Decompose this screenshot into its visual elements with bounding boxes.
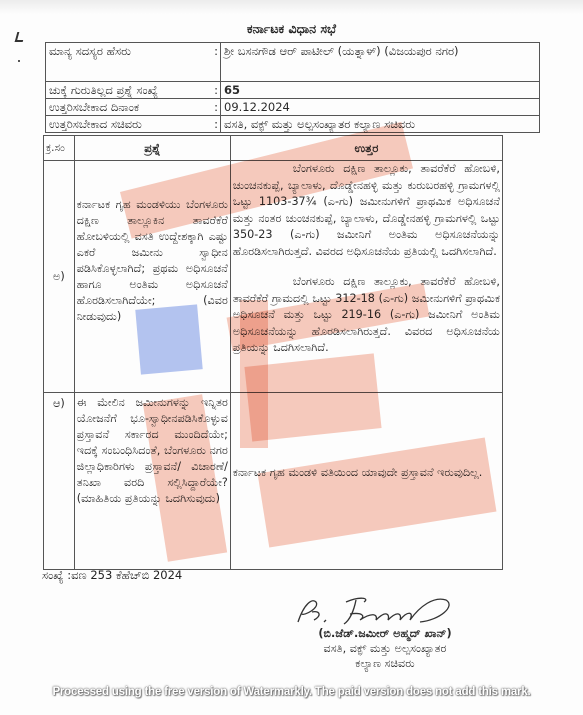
info-colon: : [212, 116, 221, 133]
document-page: ಕರ್ನಾಟಕ ವಿಧಾನ ಸಭೆ ಮಾನ್ಯ ಸದಸ್ಯರ ಹೆಸರು : ಶ… [0, 0, 583, 715]
reference-number: ಸಂಖ್ಯೆ :ವಣ 253 ಕೆಹೆಚ್‌ಬಿ 2024 [42, 568, 182, 583]
question-cell: ಕರ್ನಾಟಕ ಗೃಹ ಮಂಡಳಿಯು ಬೆಂಗಳೂರು ದಕ್ಷಿಣ ತಾಲ್… [74, 161, 230, 393]
info-label: ಚುಕ್ಕೆ ಗುರುತಿಲ್ಲದ ಪ್ರಶ್ನೆ ಸಂಖ್ಯೆ [46, 82, 213, 99]
info-row-answer-date: ಉತ್ತರಿಸಬೇಕಾದ ದಿನಾಂಕ : 09.12.2024 [46, 99, 540, 116]
info-value-member-name: ಶ್ರೀ ಬಸನಗೌಡ ಆರ್ ಪಾಟೀಲ್ (ಯತ್ನಾಳ್) (ವಿಜಯಪು… [221, 43, 540, 82]
qa-row: ಅ) ಕರ್ನಾಟಕ ಗೃಹ ಮಂಡಳಿಯು ಬೆಂಗಳೂರು ದಕ್ಷಿಣ ತ… [44, 161, 503, 393]
question-cell: ಈ ಮೇಲಿನ ಜಮೀನುಗಳನ್ನು ಇನ್ನಿತರ ಯೋಜನೆಗೆ ಭೂ-ಸ… [74, 393, 230, 570]
answer-cell: ಕರ್ನಾಟಕ ಗೃಹ ಮಂಡಳಿ ವತಿಯಿಂದ ಯಾವುದೇ ಪ್ರಸ್ತಾ… [230, 393, 502, 570]
info-label: ಮಾನ್ಯ ಸದಸ್ಯರ ಹೆಸರು [46, 43, 213, 82]
header-answer: ಉತ್ತರ [230, 136, 502, 161]
info-row-question-number: ಚುಕ್ಕೆ ಗುರುತಿಲ್ಲದ ಪ್ರಶ್ನೆ ಸಂಖ್ಯೆ : 65 [46, 82, 540, 99]
signatory-designation-line2: ಕಲ್ಯಾಣ ಸಚಿವರು [280, 656, 490, 671]
answer-paragraph: ಕರ್ನಾಟಕ ಗೃಹ ಮಂಡಳಿ ವತಿಯಿಂದ ಯಾವುದೇ ಪ್ರಸ್ತಾ… [233, 465, 500, 482]
info-label: ಉತ್ತರಿಸಬೇಕಾದ ದಿನಾಂಕ [46, 99, 213, 116]
scan-artifact-dot [18, 60, 20, 62]
info-value-question-number: 65 [221, 82, 540, 99]
signature-scribble [280, 598, 490, 626]
answer-cell: ಬೆಂಗಳೂರು ದಕ್ಷಿಣ ತಾಲ್ಲೂಕು, ತಾವರೆಕೆರೆ ಹೋಬಳ… [230, 161, 502, 393]
signatory-name: (ಬಿ.ಜೆಡ್.ಜಮೀರ್ ಅಹ್ಮದ್ ಖಾನ್) [280, 626, 490, 641]
question-text: ಕರ್ನಾಟಕ ಗೃಹ ಮಂಡಳಿಯು ಬೆಂಗಳೂರು ದಕ್ಷಿಣ ತಾಲ್… [77, 197, 228, 325]
qa-header-row: ಕ್ರ.ಸಂ ಪ್ರಶ್ನೆ ಉತ್ತರ [44, 136, 503, 161]
signature-block: (ಬಿ.ಜೆಡ್.ಜಮೀರ್ ಅಹ್ಮದ್ ಖಾನ್) ವಸತಿ, ವಕ್ಫ್ … [280, 598, 490, 671]
document-title: ಕರ್ನಾಟಕ ವಿಧಾನ ಸಭೆ [0, 21, 583, 37]
answer-paragraph: ಬೆಂಗಳೂರು ದಕ್ಷಿಣ ತಾಲ್ಲೂಕು, ತಾವರೆಕೆರೆ ಹೋಬಳ… [233, 274, 500, 357]
header-serial: ಕ್ರ.ಸಂ [44, 136, 75, 161]
info-label: ಉತ್ತರಿಸಬೇಕಾದ ಸಚಿವರು [46, 116, 213, 133]
scan-edge-shade [0, 0, 583, 14]
qa-row: ಆ) ಈ ಮೇಲಿನ ಜಮೀನುಗಳನ್ನು ಇನ್ನಿತರ ಯೋಜನೆಗೆ ಭ… [44, 393, 503, 570]
info-row-member-name: ಮಾನ್ಯ ಸದಸ್ಯರ ಹೆಸರು : ಶ್ರೀ ಬಸನಗೌಡ ಆರ್ ಪಾಟ… [46, 43, 540, 82]
info-value-minister: ವಸತಿ, ವಕ್ಫ್ ಮತ್ತು ಅಲ್ಪಸಂಖ್ಯಾತರ ಕಲ್ಯಾಣ ಸಚ… [221, 116, 540, 133]
info-row-minister: ಉತ್ತರಿಸಬೇಕಾದ ಸಚಿವರು : ವಸತಿ, ವಕ್ಫ್ ಮತ್ತು … [46, 116, 540, 133]
row-serial: ಅ) [44, 161, 75, 393]
info-colon: : [212, 43, 221, 82]
watermark-text: Processed using the free version of Wate… [0, 686, 583, 698]
member-info-table: ಮಾನ್ಯ ಸದಸ್ಯರ ಹೆಸರು : ಶ್ರೀ ಬಸನಗೌಡ ಆರ್ ಪಾಟ… [45, 42, 540, 133]
row-serial: ಆ) [44, 393, 75, 570]
signatory-designation-line1: ವಸತಿ, ವಕ್ಫ್ ಮತ್ತು ಅಲ್ಪಸಂಖ್ಯಾತರ [280, 641, 490, 656]
header-question: ಪ್ರಶ್ನೆ [74, 136, 230, 161]
answer-paragraph: ಬೆಂಗಳೂರು ದಕ್ಷಿಣ ತಾಲ್ಲೂಕು, ತಾವರೆಕೆರೆ ಹೋಬಳ… [233, 161, 500, 260]
info-colon: : [212, 99, 221, 116]
info-value-answer-date: 09.12.2024 [221, 99, 540, 116]
info-colon: : [212, 82, 221, 99]
question-answer-table: ಕ್ರ.ಸಂ ಪ್ರಶ್ನೆ ಉತ್ತರ ಅ) ಕರ್ನಾಟಕ ಗೃಹ ಮಂಡಳ… [43, 135, 503, 570]
question-text: ಈ ಮೇಲಿನ ಜಮೀನುಗಳನ್ನು ಇನ್ನಿತರ ಯೋಜನೆಗೆ ಭೂ-ಸ… [77, 395, 228, 507]
